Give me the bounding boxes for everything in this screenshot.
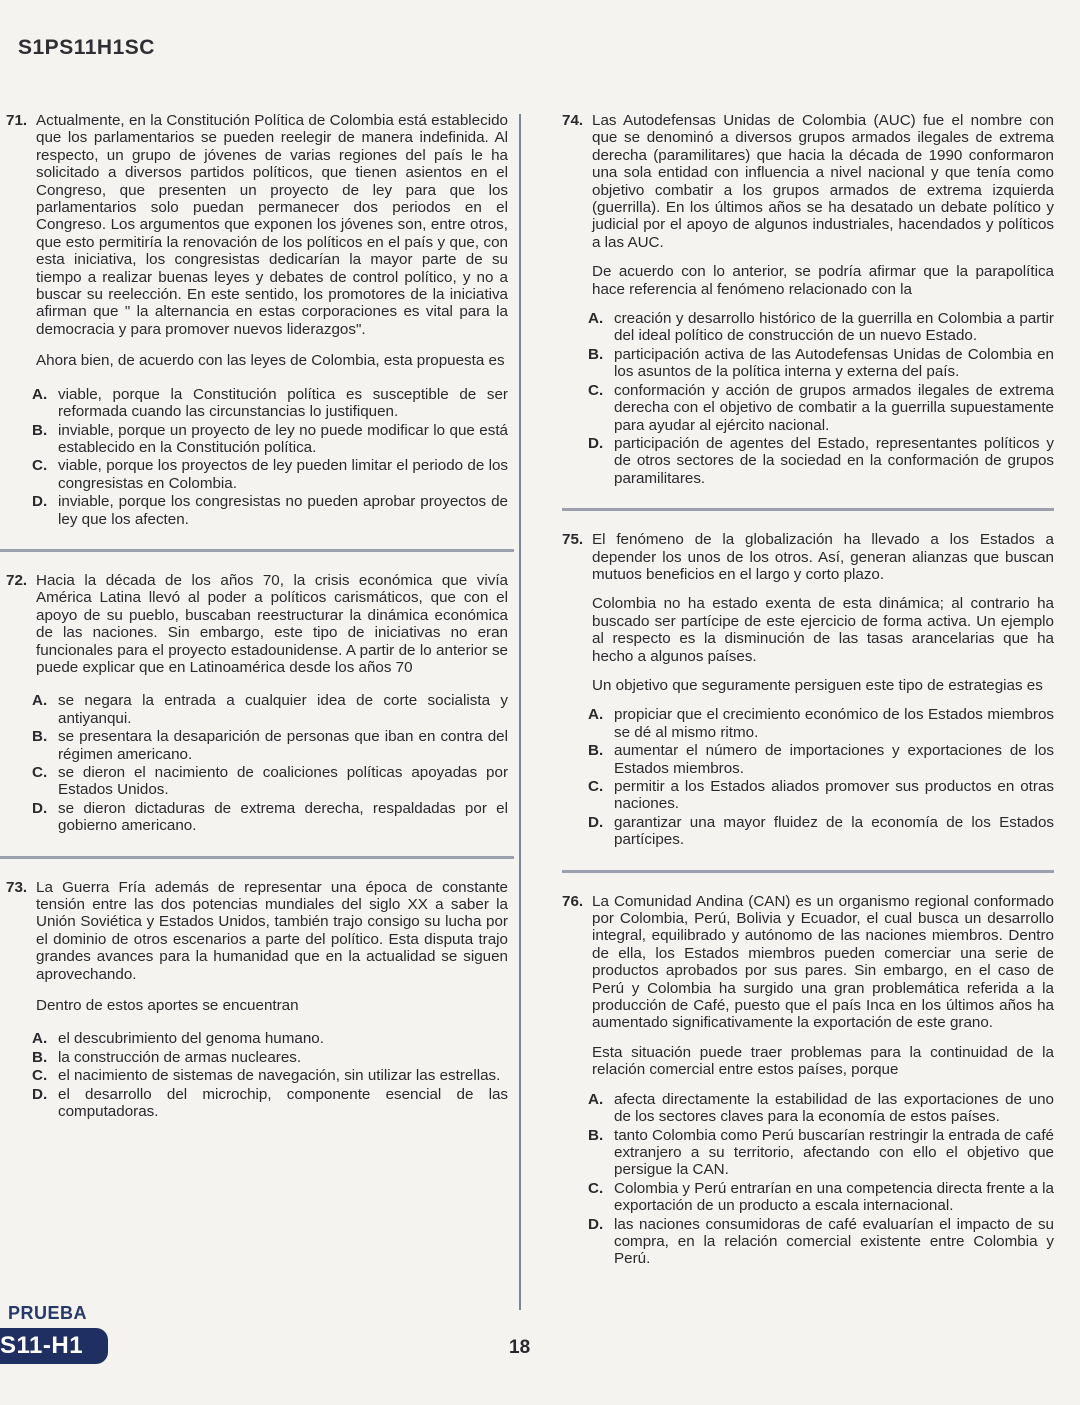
option-text: Colombia y Perú entrarían en una compete… [614, 1180, 1054, 1215]
option-letter: D. [32, 800, 58, 835]
option-letter: B. [32, 422, 58, 457]
question-stem: Actualmente, en la Constitución Política… [36, 112, 508, 338]
option-letter: C. [588, 382, 614, 434]
question-prompt: Esta situación puede traer problemas par… [592, 1044, 1054, 1079]
option-letter: C. [32, 1067, 58, 1084]
option-letter: A. [588, 706, 614, 741]
option-c[interactable]: C.se dieron el nacimiento de coaliciones… [36, 764, 508, 799]
option-text: conformación y acción de grupos armados … [614, 382, 1054, 434]
option-text: las naciones consumidoras de café evalua… [614, 1216, 1054, 1268]
option-a[interactable]: A.viable, porque la Constitución polític… [36, 386, 508, 421]
option-text: el descubrimiento del genoma humano. [58, 1030, 508, 1047]
option-text: inviable, porque un proyecto de ley no p… [58, 422, 508, 457]
option-letter: C. [588, 1180, 614, 1215]
left-column: 71. Actualmente, en la Constitución Polí… [6, 112, 508, 1122]
options-list: A.se negara la entrada a cualquier idea … [36, 692, 508, 834]
option-text: se negara la entrada a cualquier idea de… [58, 692, 508, 727]
question-73: 73. La Guerra Fría además de representar… [6, 879, 508, 1122]
option-letter: A. [32, 692, 58, 727]
option-b[interactable]: B.se presentara la desaparición de perso… [36, 728, 508, 763]
question-75: 75. El fenómeno de la globalización ha l… [562, 531, 1054, 850]
question-separator [562, 508, 1054, 511]
question-71: 71. Actualmente, en la Constitución Polí… [6, 112, 508, 529]
option-d[interactable]: D.se dieron dictaduras de extrema derech… [36, 800, 508, 835]
option-text: tanto Colombia como Perú buscarían restr… [614, 1127, 1054, 1179]
badge-text: S11-H1 [0, 1332, 83, 1360]
option-letter: B. [32, 1049, 58, 1066]
question-stem: Hacia la década de los años 70, la crisi… [36, 572, 508, 676]
option-text: inviable, porque los congresistas no pue… [58, 493, 508, 528]
option-letter: D. [588, 814, 614, 849]
option-text: el nacimiento de sistemas de navegación,… [58, 1067, 508, 1084]
option-b[interactable]: B.aumentar el número de importaciones y … [592, 742, 1054, 777]
question-separator [562, 870, 1054, 873]
option-d[interactable]: D.participación de agentes del Estado, r… [592, 435, 1054, 487]
option-text: propiciar que el crecimiento económico d… [614, 706, 1054, 741]
option-c[interactable]: C.viable, porque los proyectos de ley pu… [36, 457, 508, 492]
option-c[interactable]: C.el nacimiento de sistemas de navegació… [36, 1067, 508, 1084]
question-stem: La Guerra Fría además de representar una… [36, 879, 508, 983]
option-letter: C. [32, 764, 58, 799]
question-stem: Las Autodefensas Unidas de Colombia (AUC… [592, 112, 1054, 251]
column-divider [519, 114, 521, 1310]
option-letter: A. [588, 310, 614, 345]
options-list: A.afecta directamente la estabilidad de … [592, 1091, 1054, 1268]
option-text: viable, porque la Constitución política … [58, 386, 508, 421]
question-prompt: De acuerdo con lo anterior, se podría af… [592, 263, 1054, 298]
option-text: la construcción de armas nucleares. [58, 1049, 508, 1066]
question-prompt: Ahora bien, de acuerdo con las leyes de … [36, 352, 508, 369]
option-a[interactable]: A.propiciar que el crecimiento económico… [592, 706, 1054, 741]
header-code: S1PS11H1SC [18, 36, 155, 60]
option-a[interactable]: A.creación y desarrollo histórico de la … [592, 310, 1054, 345]
option-text: el desarrollo del microchip, componente … [58, 1086, 508, 1121]
question-stem: La Comunidad Andina (CAN) es un organism… [592, 893, 1054, 1032]
right-column: 74. Las Autodefensas Unidas de Colombia … [562, 112, 1054, 1269]
option-letter: B. [588, 742, 614, 777]
question-74: 74. Las Autodefensas Unidas de Colombia … [562, 112, 1054, 488]
footer-test-badge: S11-H1 [0, 1328, 108, 1364]
option-text: participación activa de las Autodefensas… [614, 346, 1054, 381]
option-letter: B. [588, 346, 614, 381]
option-d[interactable]: D.garantizar una mayor fluidez de la eco… [592, 814, 1054, 849]
option-b[interactable]: B.la construcción de armas nucleares. [36, 1049, 508, 1066]
option-d[interactable]: D.las naciones consumidoras de café eval… [592, 1216, 1054, 1268]
option-letter: A. [32, 386, 58, 421]
option-text: se dieron dictaduras de extrema derecha,… [58, 800, 508, 835]
question-prompt: Un objetivo que seguramente persiguen es… [592, 677, 1054, 694]
option-c[interactable]: C.conformación y acción de grupos armado… [592, 382, 1054, 434]
option-text: afecta directamente la estabilidad de la… [614, 1091, 1054, 1126]
options-list: A.creación y desarrollo histórico de la … [592, 310, 1054, 487]
option-text: se dieron el nacimiento de coaliciones p… [58, 764, 508, 799]
option-c[interactable]: C.permitir a los Estados aliados promove… [592, 778, 1054, 813]
option-letter: D. [588, 1216, 614, 1268]
option-text: garantizar una mayor fluidez de la econo… [614, 814, 1054, 849]
option-letter: C. [588, 778, 614, 813]
question-76: 76. La Comunidad Andina (CAN) es un orga… [562, 893, 1054, 1269]
option-text: participación de agentes del Estado, rep… [614, 435, 1054, 487]
options-list: A.propiciar que el crecimiento económico… [592, 706, 1054, 848]
question-context: Colombia no ha estado exenta de esta din… [592, 595, 1054, 665]
option-b[interactable]: B.participación activa de las Autodefens… [592, 346, 1054, 381]
option-b[interactable]: B.tanto Colombia como Perú buscarían res… [592, 1127, 1054, 1179]
question-separator [0, 549, 514, 552]
options-list: A.viable, porque la Constitución polític… [36, 386, 508, 528]
option-letter: A. [588, 1091, 614, 1126]
option-text: creación y desarrollo histórico de la gu… [614, 310, 1054, 345]
option-d[interactable]: D.inviable, porque los congresistas no p… [36, 493, 508, 528]
option-text: permitir a los Estados aliados promover … [614, 778, 1054, 813]
question-separator [0, 856, 514, 859]
option-letter: D. [588, 435, 614, 487]
option-text: viable, porque los proyectos de ley pued… [58, 457, 508, 492]
question-stem: El fenómeno de la globalización ha lleva… [592, 531, 1054, 583]
option-b[interactable]: B.inviable, porque un proyecto de ley no… [36, 422, 508, 457]
option-text: aumentar el número de importaciones y ex… [614, 742, 1054, 777]
option-d[interactable]: D.el desarrollo del microchip, component… [36, 1086, 508, 1121]
option-a[interactable]: A.el descubrimiento del genoma humano. [36, 1030, 508, 1047]
footer-test-label: PRUEBA [8, 1303, 87, 1324]
option-letter: B. [32, 728, 58, 763]
option-letter: D. [32, 493, 58, 528]
options-list: A.el descubrimiento del genoma humano. B… [36, 1030, 508, 1120]
option-a[interactable]: A.afecta directamente la estabilidad de … [592, 1091, 1054, 1126]
option-c[interactable]: C.Colombia y Perú entrarían en una compe… [592, 1180, 1054, 1215]
page-number: 18 [509, 1337, 530, 1359]
question-72: 72. Hacia la década de los años 70, la c… [6, 572, 508, 836]
option-a[interactable]: A.se negara la entrada a cualquier idea … [36, 692, 508, 727]
option-text: se presentara la desaparición de persona… [58, 728, 508, 763]
question-prompt: Dentro de estos aportes se encuentran [36, 997, 508, 1014]
option-letter: C. [32, 457, 58, 492]
option-letter: B. [588, 1127, 614, 1179]
option-letter: D. [32, 1086, 58, 1121]
option-letter: A. [32, 1030, 58, 1047]
